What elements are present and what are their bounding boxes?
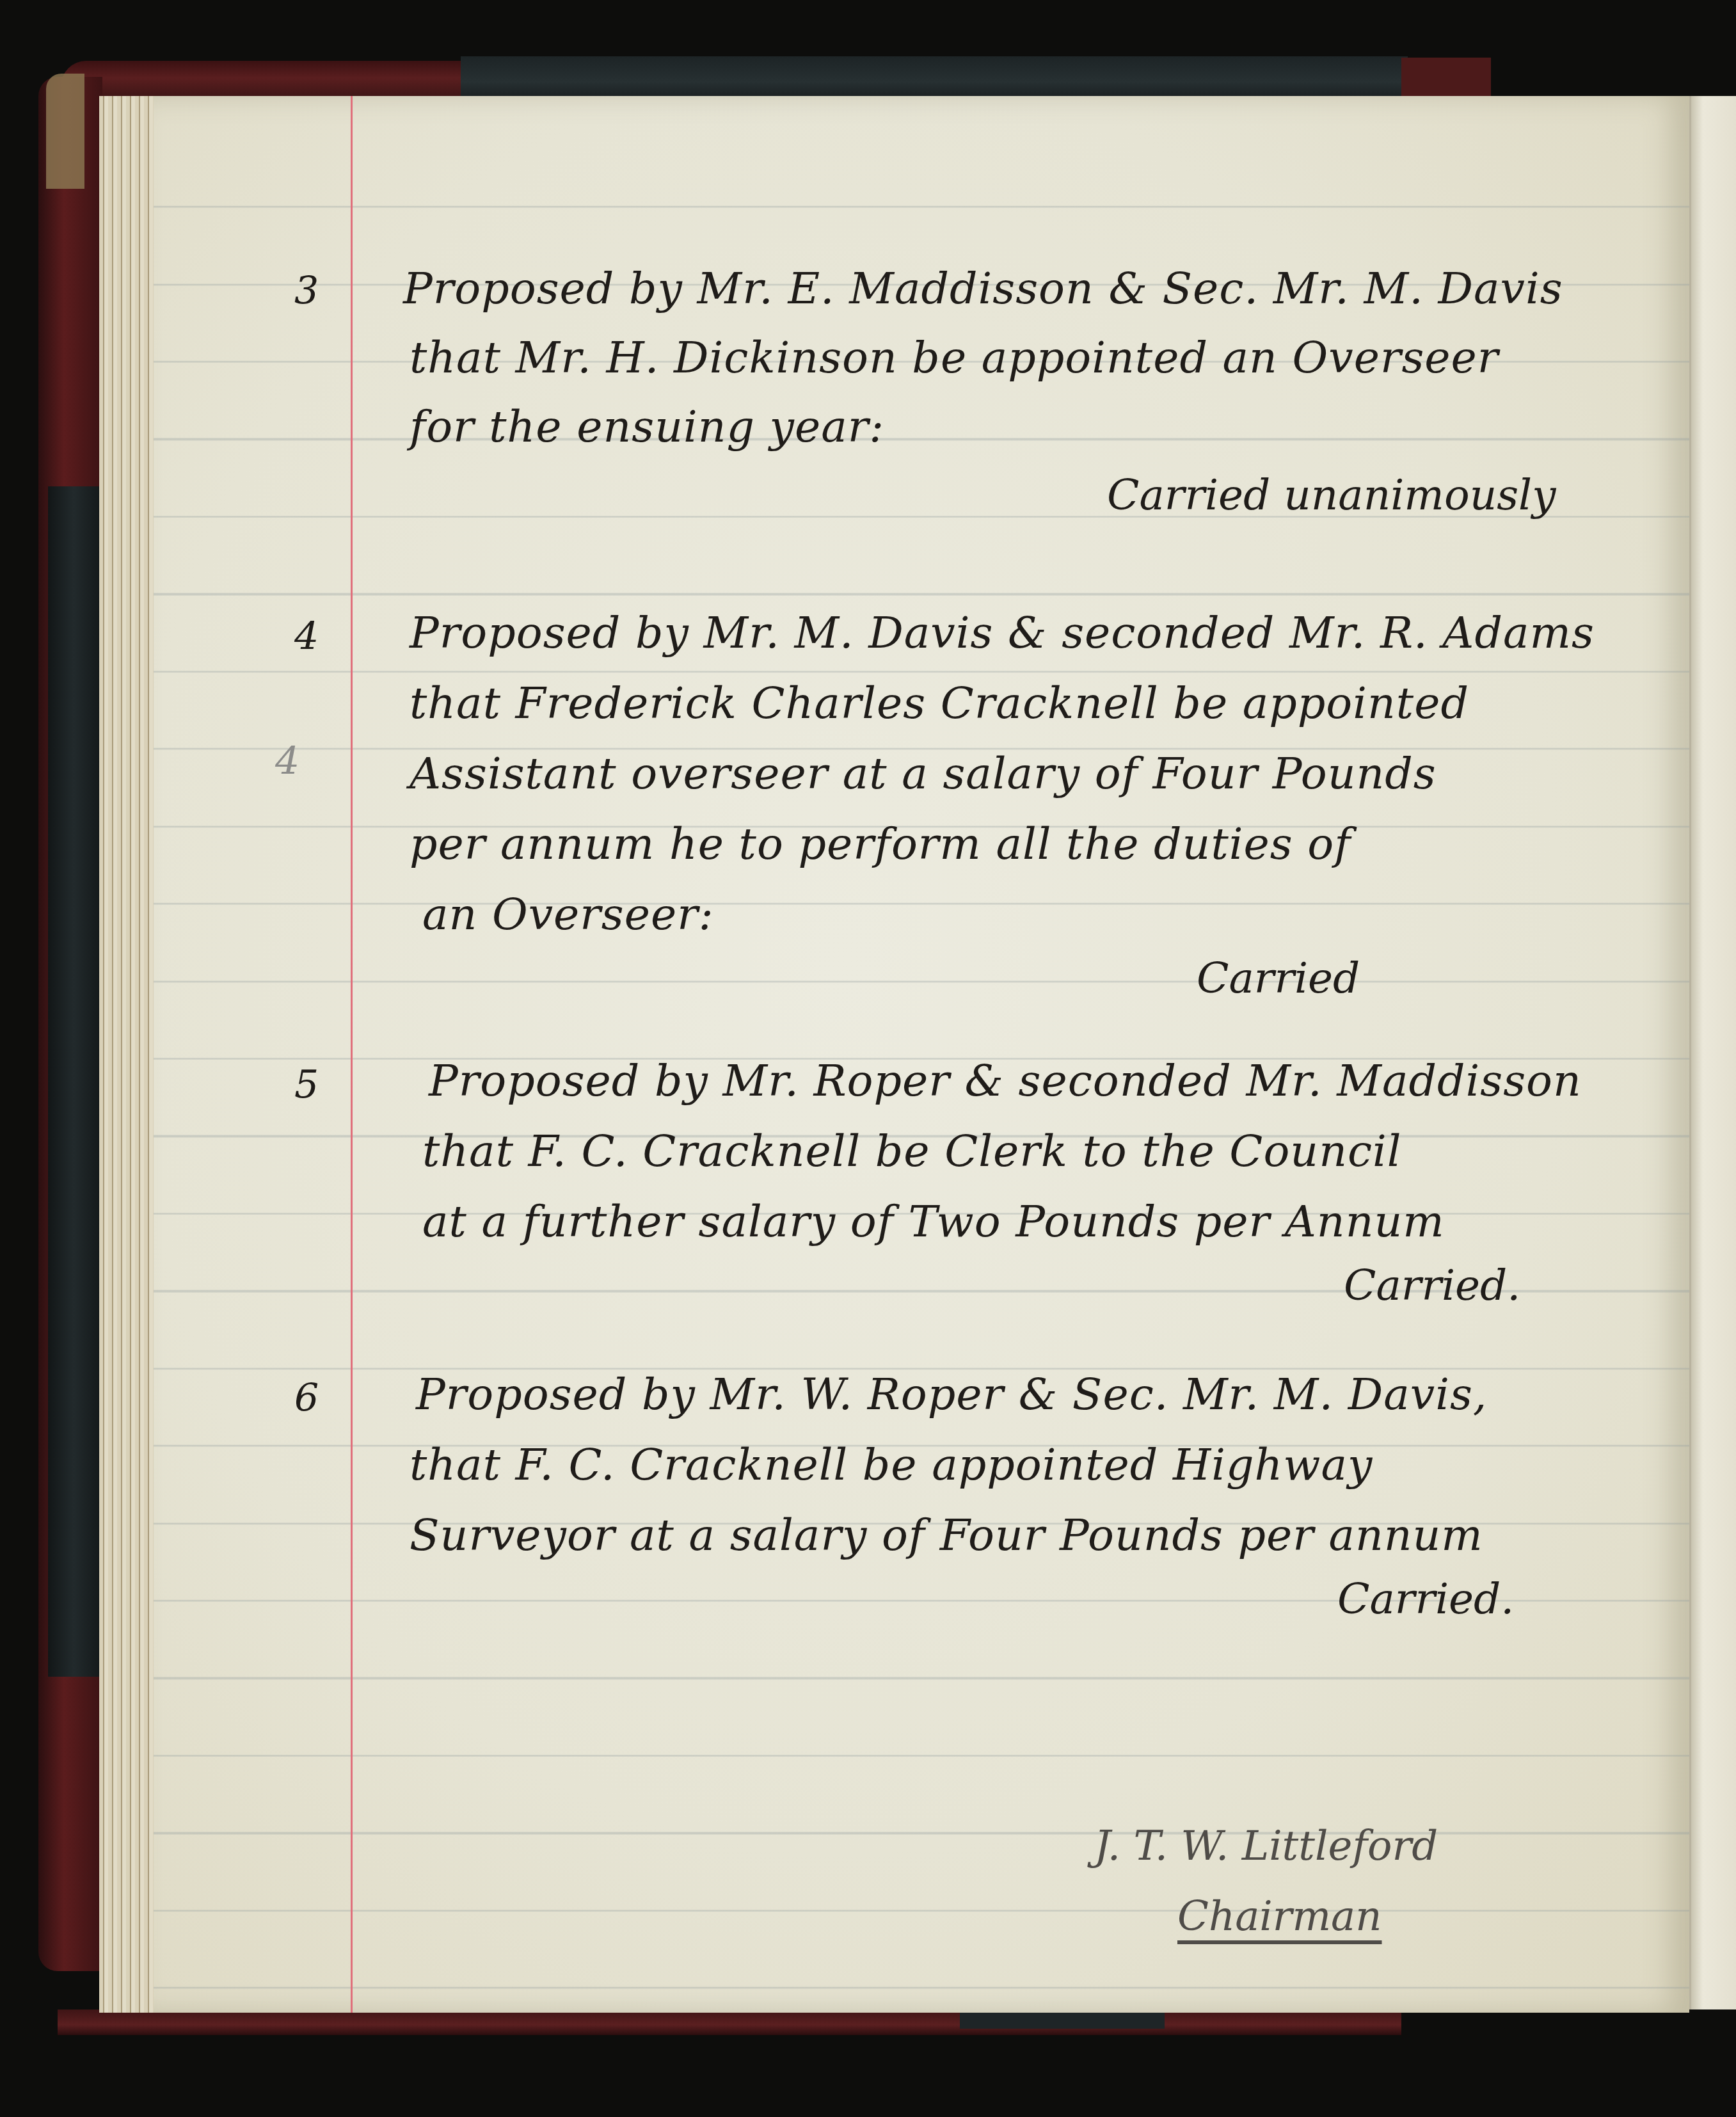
- entry-line: Proposed by Mr. M. Davis & seconded Mr. …: [410, 608, 1595, 659]
- entry-number: 3: [294, 269, 333, 314]
- entry-line: that F. C. Cracknell be appointed Highwa…: [410, 1440, 1373, 1490]
- book-cover-top-cloth: [461, 56, 1408, 99]
- facing-page-strip: [1689, 96, 1736, 2009]
- margin-pencil-note: 4: [275, 739, 299, 784]
- entry-number: 5: [294, 1062, 333, 1107]
- entry-line: that Mr. H. Dickinson be appointed an Ov…: [410, 333, 1499, 383]
- entry-line: Surveyor at a salary of Four Pounds per …: [410, 1510, 1483, 1561]
- entry-line: per annum he to perform all the duties o…: [410, 819, 1351, 870]
- entry-line: Proposed by Mr. E. Maddisson & Sec. Mr. …: [403, 264, 1563, 314]
- motion-result: Carried.: [1344, 1261, 1520, 1310]
- entry-line: that Frederick Charles Cracknell be appo…: [410, 678, 1469, 729]
- red-margin-line: [351, 96, 353, 2013]
- book-spine-cloth: [48, 486, 99, 1677]
- motion-result: Carried: [1197, 954, 1360, 1003]
- entry-number: 6: [294, 1376, 333, 1421]
- entry-number: 4: [294, 614, 333, 659]
- book-corner-fray: [46, 74, 84, 189]
- entry-line: Proposed by Mr. W. Roper & Sec. Mr. M. D…: [416, 1370, 1487, 1420]
- entry-line: for the ensuing year:: [410, 402, 884, 452]
- motion-result: Carried.: [1337, 1574, 1514, 1624]
- entry-line: at a further salary of Two Pounds per An…: [422, 1197, 1445, 1247]
- book-cover-top-corner: [1401, 58, 1491, 96]
- entry-line: Proposed by Mr. Roper & seconded Mr. Mad…: [429, 1056, 1582, 1106]
- motion-result: Carried unanimously: [1107, 470, 1556, 520]
- book-cover-bottom: [58, 2009, 1401, 2035]
- entry-line: Assistant overseer at a salary of Four P…: [410, 749, 1437, 799]
- entry-line: an Overseer:: [422, 890, 714, 940]
- signature-name: J. T. W. Littleford: [1094, 1823, 1438, 1870]
- chairman-signature: J. T. W. Littleford Chairman: [1094, 1811, 1438, 1952]
- ruled-lines: [154, 96, 1689, 2013]
- signature-title: Chairman: [1177, 1881, 1438, 1952]
- entry-line: that F. C. Cracknell be Clerk to the Cou…: [422, 1126, 1402, 1177]
- page-edges: [99, 96, 157, 2013]
- ledger-page: 3 Proposed by Mr. E. Maddisson & Sec. Mr…: [154, 96, 1689, 2013]
